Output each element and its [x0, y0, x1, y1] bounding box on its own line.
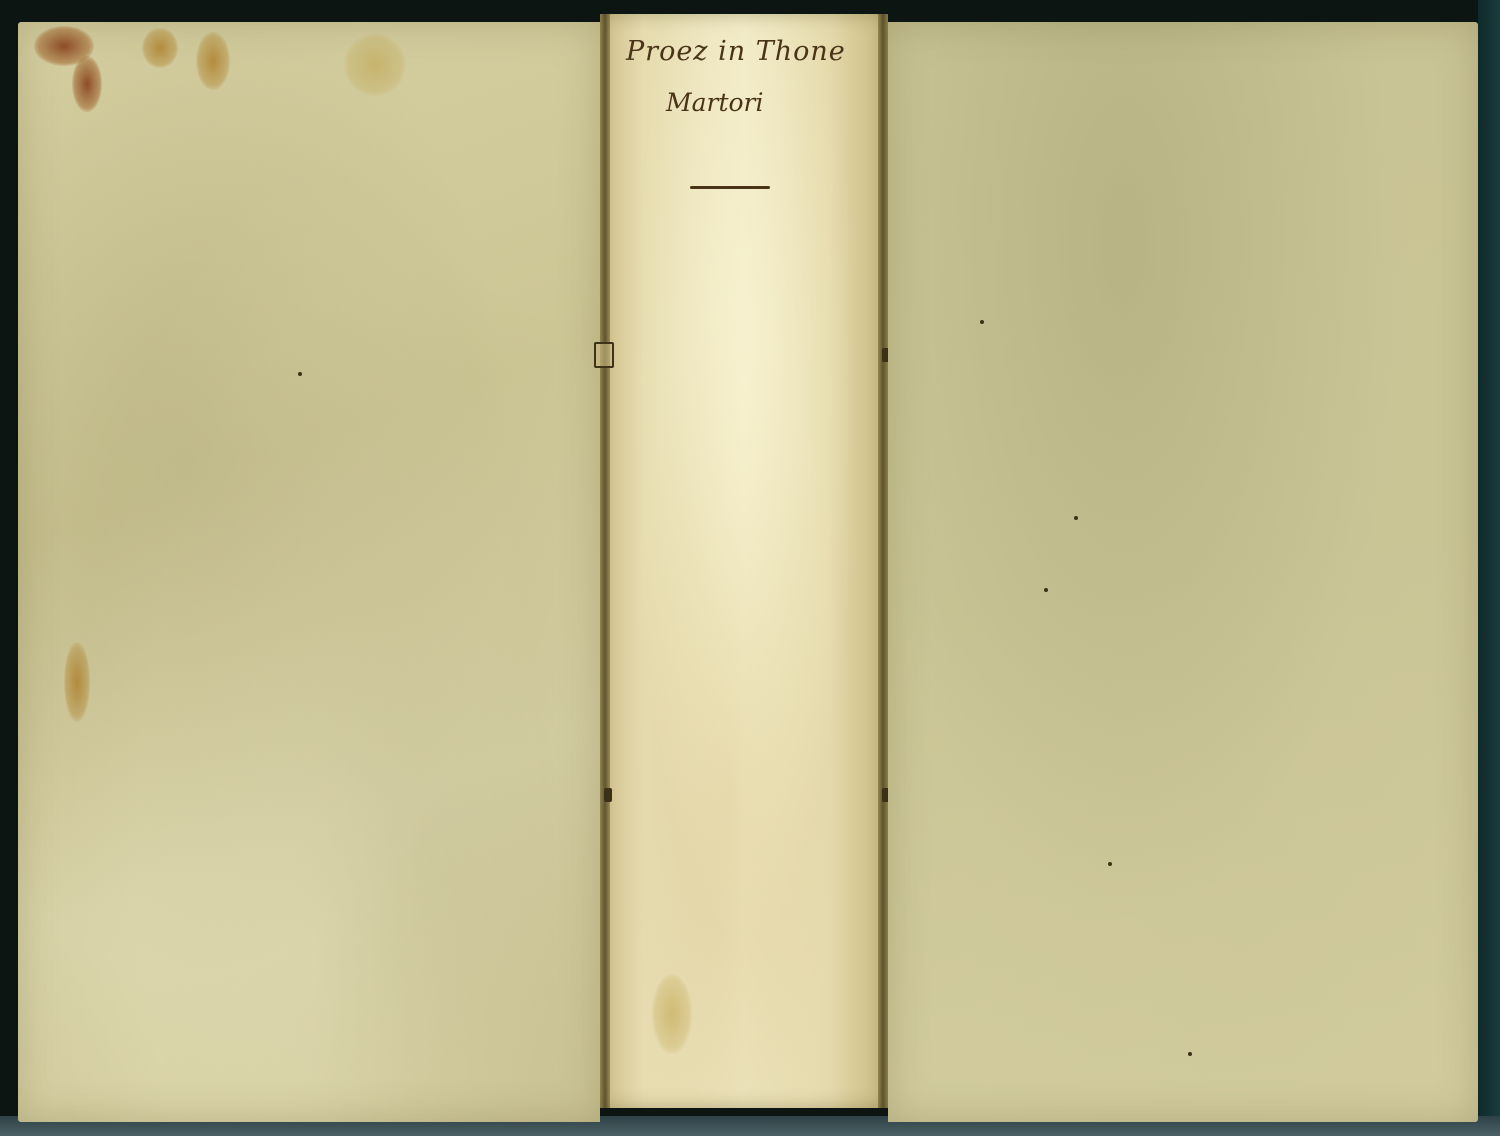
stain-drip	[142, 28, 178, 68]
front-cover	[888, 22, 1478, 1122]
tie-hole-lower-left	[604, 788, 612, 802]
photo-backdrop-right	[1478, 0, 1500, 1136]
stain-round	[344, 34, 406, 96]
spine-inscription: Proez in Thone Martori	[626, 34, 876, 120]
spine-stain	[652, 974, 692, 1054]
spine-inscription-line2: Martori	[666, 87, 876, 120]
spine: Proez in Thone Martori	[600, 14, 888, 1108]
vellum-binding: Proez in Thone Martori	[14, 14, 1480, 1122]
spine-inscription-line1: Proez in Thone	[626, 34, 876, 69]
spine-rule	[690, 186, 770, 189]
stain-drip	[72, 56, 102, 112]
stain-drip	[196, 32, 230, 90]
tie-hole-upper-left	[594, 342, 614, 368]
spine-joint-left	[600, 14, 610, 1108]
speck	[980, 320, 984, 324]
speck	[1108, 862, 1112, 866]
back-cover	[18, 22, 600, 1122]
stain-left-edge	[64, 642, 90, 722]
spine-joint-right	[878, 14, 888, 1108]
speck	[298, 372, 302, 376]
speck	[1188, 1052, 1192, 1056]
speck	[1044, 588, 1048, 592]
speck	[1074, 516, 1078, 520]
